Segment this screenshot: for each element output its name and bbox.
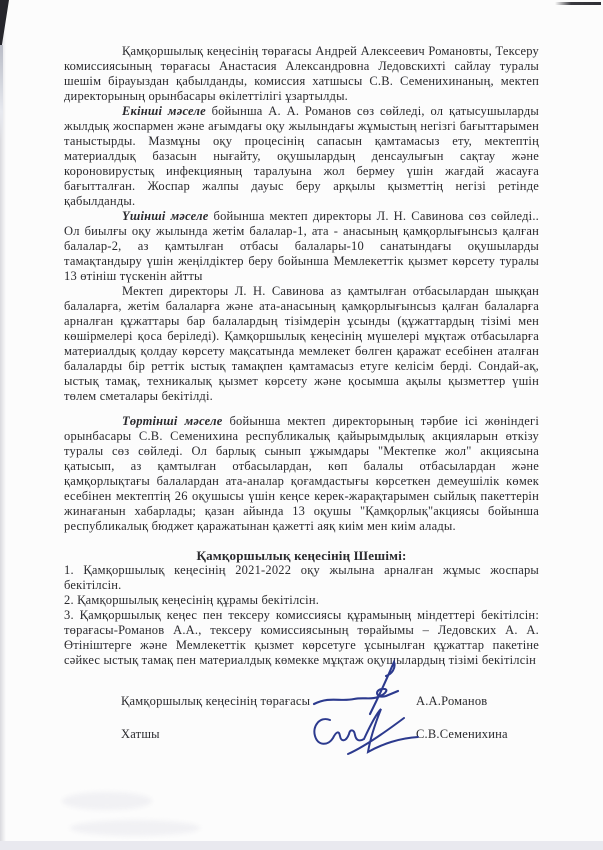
paragraph-text: Қамқоршылық кеңесінің төрағасы Андрей Ал…: [64, 44, 539, 103]
decision-heading: Қамқоршылық кеңесінің Шешімі:: [64, 548, 539, 563]
scan-artifact-corner-tail: [0, 45, 3, 140]
signature-name: А.А.Романов: [416, 694, 487, 709]
signature-row-chairman: Қамқоршылық кеңесінің төрағасы А.А.Роман…: [64, 694, 539, 727]
paragraph-lead: Екінші мәселе: [122, 104, 206, 118]
paragraph-text: Мектеп директоры Л. Н. Савинова аз қамты…: [64, 284, 539, 403]
signature-role: Хатшы: [121, 727, 160, 742]
signature-role: Қамқоршылық кеңесінің төрағасы: [121, 694, 310, 709]
paragraph-third-issue: Үшінші мәселе бойынша мектеп директоры Л…: [64, 209, 539, 284]
paragraph-text: бойынша А. А. Романов сөз сөйледі, ол қа…: [64, 104, 539, 208]
signature-block: Қамқоршылық кеңесінің төрағасы А.А.Роман…: [64, 694, 539, 814]
decision-item-2: 2. Қамқоршылық кеңесінің құрамы бекітілс…: [64, 593, 539, 608]
scan-artifact-top-right: [555, 2, 601, 5]
paragraph-lead: Төртінші мәселе: [122, 414, 222, 428]
paragraph-second-issue: Екінші мәселе бойынша А. А. Романов сөз …: [64, 104, 539, 209]
paragraph-director-lists: Мектеп директоры Л. Н. Савинова аз қамты…: [64, 284, 539, 404]
paragraph-fourth-issue: Төртінші мәселе бойынша мектеп директоры…: [64, 414, 539, 534]
document-body: Қамқоршылық кеңесінің төрағасы Андрей Ал…: [64, 44, 539, 814]
decision-item-1: 1. Қамқоршылық кеңесінің 2021-2022 оқу ж…: [64, 563, 539, 593]
paragraph-lead: Үшінші мәселе: [122, 209, 208, 223]
paragraph-election-decision: Қамқоршылық кеңесінің төрағасы Андрей Ал…: [64, 44, 539, 104]
paragraph-text: бойынша мектеп директорының тәрбие ісі ж…: [64, 414, 539, 533]
signature-name: С.В.Семенихина: [416, 727, 508, 742]
signature-row-secretary: Хатшы С.В.Семенихина: [64, 727, 539, 760]
decision-item-3: 3. Қамқоршылық кеңес пен тексеру комисси…: [64, 608, 539, 668]
scan-smudge: [70, 820, 200, 836]
scanned-document-page: Қамқоршылық кеңесінің төрағасы Андрей Ал…: [0, 0, 603, 850]
scan-edge-bottom: [0, 841, 603, 850]
